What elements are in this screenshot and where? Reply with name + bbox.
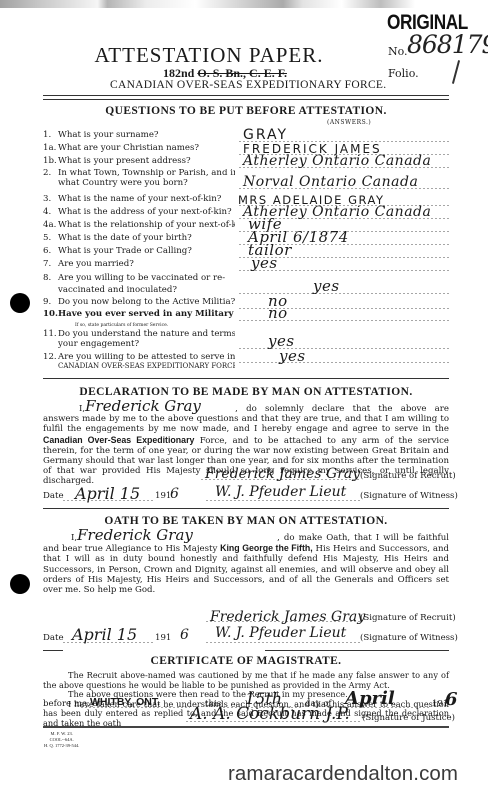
header-divider — [43, 95, 449, 100]
punch-hole-upper — [10, 293, 30, 313]
question-row-trade: 6.What is your Trade or Calling? tailor — [43, 246, 449, 260]
folio-label: Folio. — [388, 67, 419, 80]
answer-present-address: Atherley Ontario Canada — [243, 153, 431, 169]
force-name: CANADIAN OVER-SEAS EXPEDITIONARY FORCE. — [110, 79, 386, 91]
form-code: M. F. W. 23. COOL--64A. H. Q. 1772-39-54… — [44, 731, 79, 749]
questions-divider — [43, 378, 449, 379]
oath-text: I,Frederick Gray, do make Oath, that I w… — [43, 530, 449, 595]
question-row-present-address: 1b.What is your present address? Atherle… — [43, 156, 449, 170]
answer-birthplace: Norval Ontario Canada — [243, 174, 418, 190]
question-row-relationship: 4a.What is the relationship of your next… — [43, 220, 449, 234]
witness-signature-label: (Signature of Witness) — [360, 491, 458, 501]
oath-date-label: Date — [43, 633, 64, 643]
scan-edge-smudge — [0, 0, 488, 8]
oath-signature-rule — [265, 650, 449, 651]
month-value: April — [345, 688, 395, 709]
answer-vaccinated: yes — [313, 277, 340, 295]
answer-surname: GRAY — [243, 127, 288, 143]
declaration-name: Frederick Gray — [85, 401, 235, 411]
question-row-birth-date: 5.What is the date of your birth? April … — [43, 233, 449, 247]
oath-witness-signature: W. J. Pfeuder Lieut — [215, 625, 346, 641]
oath-witness-signature-label: (Signature of Witness) — [360, 633, 458, 643]
oath-recruit-signature-label: (Signature of Recruit) — [360, 613, 456, 623]
oath-name: Frederick Gray — [77, 530, 277, 540]
question-row-birthplace: 2.In what Town, Township or Parish, and … — [43, 169, 449, 191]
questions-heading: QUESTIONS TO BE PUT BEFORE ATTESTATION. — [43, 105, 449, 117]
question-row-understand-terms: 11.Do you understand the nature and term… — [43, 329, 449, 351]
oath-year-suffix: 6 — [180, 627, 189, 643]
oath-year-prefix: 191 — [155, 633, 171, 643]
answer-military-service: no — [268, 304, 288, 322]
certificate-bottom-rule — [43, 726, 449, 728]
battalion-struck-text: O. S. Bn., C. E. F. — [197, 66, 287, 80]
battalion-handwritten: 182nd — [163, 66, 194, 80]
answers-label: (ANSWERS.) — [327, 119, 371, 126]
document-title: ATTESTATION PAPER. — [0, 43, 488, 68]
question-row-military-service: 10.Have you ever served in any Military … — [43, 309, 449, 327]
question-subnote: If so, state particulars of former Servi… — [75, 323, 168, 328]
attestation-paper-page: ORIGINAL No. 868179 Folio. ATTESTATION P… — [0, 0, 488, 800]
declaration-year-suffix: 6 — [170, 486, 179, 502]
declaration-witness-signature: W. J. Pfeuder Lieut — [215, 484, 346, 500]
declaration-date-label: Date — [43, 491, 64, 501]
question-row-willing-attested: 12.Are you willing to be attested to ser… — [43, 353, 449, 373]
justice-signature-label: (Signature of Justice) — [362, 713, 455, 723]
answer-married: yes — [251, 254, 278, 272]
declaration-divider — [43, 508, 449, 509]
oath-recruit-signature: Frederick James Gray — [210, 609, 365, 625]
certificate-year-suffix: 6 — [445, 689, 458, 710]
certificate-heading: CERTIFICATE OF MAGISTRATE. — [43, 655, 449, 667]
declaration-year-prefix: 191 — [155, 491, 171, 501]
oath-short-rule — [43, 650, 63, 651]
website-watermark: ramaracardendalton.com — [228, 762, 458, 786]
punch-hole-lower — [10, 574, 30, 594]
question-row-vaccinated: 8.Are you willing to be vaccinated or re… — [43, 272, 449, 296]
answer-willing-attested: yes — [279, 347, 306, 365]
question-row-next-of-kin-address: 4.What is the address of your next-of-ki… — [43, 207, 449, 221]
recruit-signature-label: (Signature of Recruit) — [360, 471, 456, 481]
question-row-married: 7.Are you married? yes — [43, 259, 449, 273]
